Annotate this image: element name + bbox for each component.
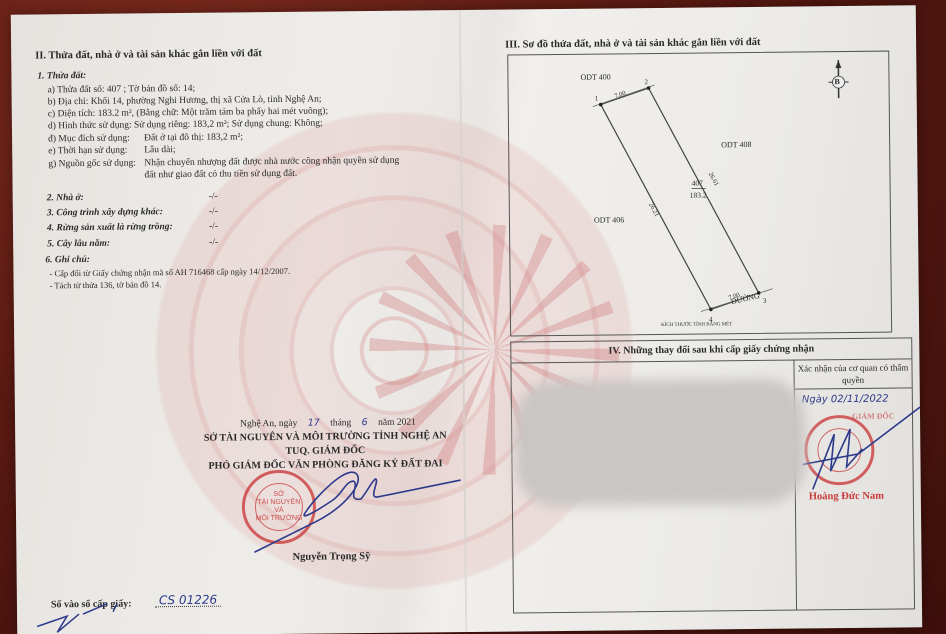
neighbor-odt-400: ODT 400 (580, 71, 610, 83)
neighbor-odt-406: ODT 406 (594, 214, 624, 226)
diagram-footnote: KÍCH THƯỚC TÍNH BẰNG MÉT (661, 319, 732, 332)
vertex-3: 3 (763, 295, 767, 307)
parcel-area: 183.2 (690, 189, 707, 201)
north-label: B (834, 76, 839, 88)
north-arrow-icon: B (826, 60, 850, 98)
parcel-number: 407 (692, 178, 703, 190)
vertex-2: 2 (644, 76, 648, 88)
signer-name-right: Hoàng Đức Nam (809, 491, 884, 504)
vertex-1: 1 (595, 93, 599, 105)
certificate-paper: II. Thửa đất, nhà ở và tài sản khác gắn … (11, 5, 922, 634)
neighbor-odt-408: ODT 408 (721, 139, 751, 151)
parcel-diagram: ODT 400 ODT 408 ODT 406 ĐƯỜNG 407 183.2 … (507, 51, 892, 337)
redacted-content (515, 378, 806, 506)
